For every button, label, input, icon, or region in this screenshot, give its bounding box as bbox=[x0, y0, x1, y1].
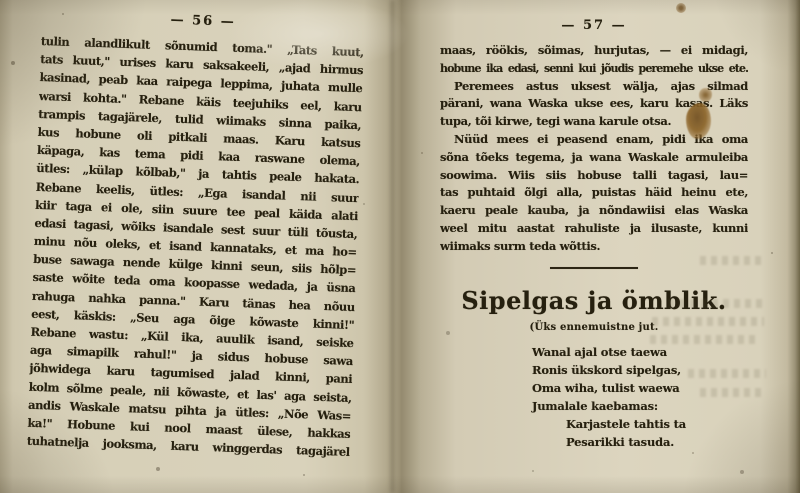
paragraph: Nüüd mees ei peasend enam, pidi ika oma … bbox=[440, 131, 748, 256]
text-line: weel mitu aastat rahuliste ja ilusaste, … bbox=[440, 220, 748, 238]
poem-line: Wanal ajal otse taewa bbox=[532, 343, 748, 361]
text-line: kaeru peale kauba, ja nõndawiisi elas Wa… bbox=[440, 202, 748, 220]
left-page: — 56 — tulin alandlikult sõnumid toma." … bbox=[0, 0, 392, 493]
poem-line: Karjastele tahtis ta bbox=[566, 415, 748, 433]
text-line: maas, röökis, sõimas, hurjutas, — ei mid… bbox=[440, 42, 748, 60]
ink-specks bbox=[0, 0, 2, 2]
poem-line: Jumalale kaebamas: bbox=[532, 397, 748, 415]
left-page-number: — 56 — bbox=[41, 8, 364, 34]
right-page-number: — 57 — bbox=[440, 18, 748, 33]
text-line: tupa, tõi kirwe, tegi wana karule otsa. bbox=[440, 113, 748, 131]
spine-crease bbox=[391, 0, 394, 493]
poem-line: Ronis ükskord sipelgas, bbox=[532, 361, 748, 379]
text-line: tas puhtaid õlgi alla, puistas häid hein… bbox=[440, 184, 748, 202]
text-line: pärani, wana Waska ukse ees, karu kasas.… bbox=[440, 95, 748, 113]
section-divider bbox=[550, 267, 638, 269]
right-page-text-block: — 57 — maas, röökis, sõimas, hurjutas, —… bbox=[440, 18, 748, 451]
paragraph: maas, röökis, sõimas, hurjutas, — ei mid… bbox=[440, 42, 748, 78]
book-scan: — 56 — tulin alandlikult sõnumid toma." … bbox=[0, 0, 800, 493]
section-title: Sipelgas ja ömblik. bbox=[440, 286, 748, 315]
poem-line: Pesarikki tasuda. bbox=[566, 433, 748, 451]
text-line: hobune ika edasi, senni kui jõudis perem… bbox=[440, 60, 748, 78]
text-line: soowima. Wiis siis hobuse talli tagasi, … bbox=[440, 167, 748, 185]
paragraph: Peremees astus uksest wälja, ajas silmad… bbox=[440, 78, 748, 131]
section-subtitle: (Üks ennemuistne jut. bbox=[440, 322, 748, 333]
text-line: sõna tõeks tegema, ja wana Waskale armul… bbox=[440, 149, 748, 167]
right-page: — 57 — maas, röökis, sõimas, hurjutas, —… bbox=[392, 0, 800, 493]
poem-line: Oma wiha, tulist waewa bbox=[532, 379, 748, 397]
left-page-text-block: — 56 — tulin alandlikult sõnumid toma." … bbox=[27, 8, 365, 461]
text-line: wiimaks surm teda wõttis. bbox=[440, 238, 748, 256]
text-line: Peremees astus uksest wälja, ajas silmad bbox=[440, 78, 748, 96]
text-line: Nüüd mees ei peasend enam, pidi ika oma bbox=[440, 131, 748, 149]
poem: Wanal ajal otse taewa Ronis ükskord sipe… bbox=[532, 343, 748, 451]
